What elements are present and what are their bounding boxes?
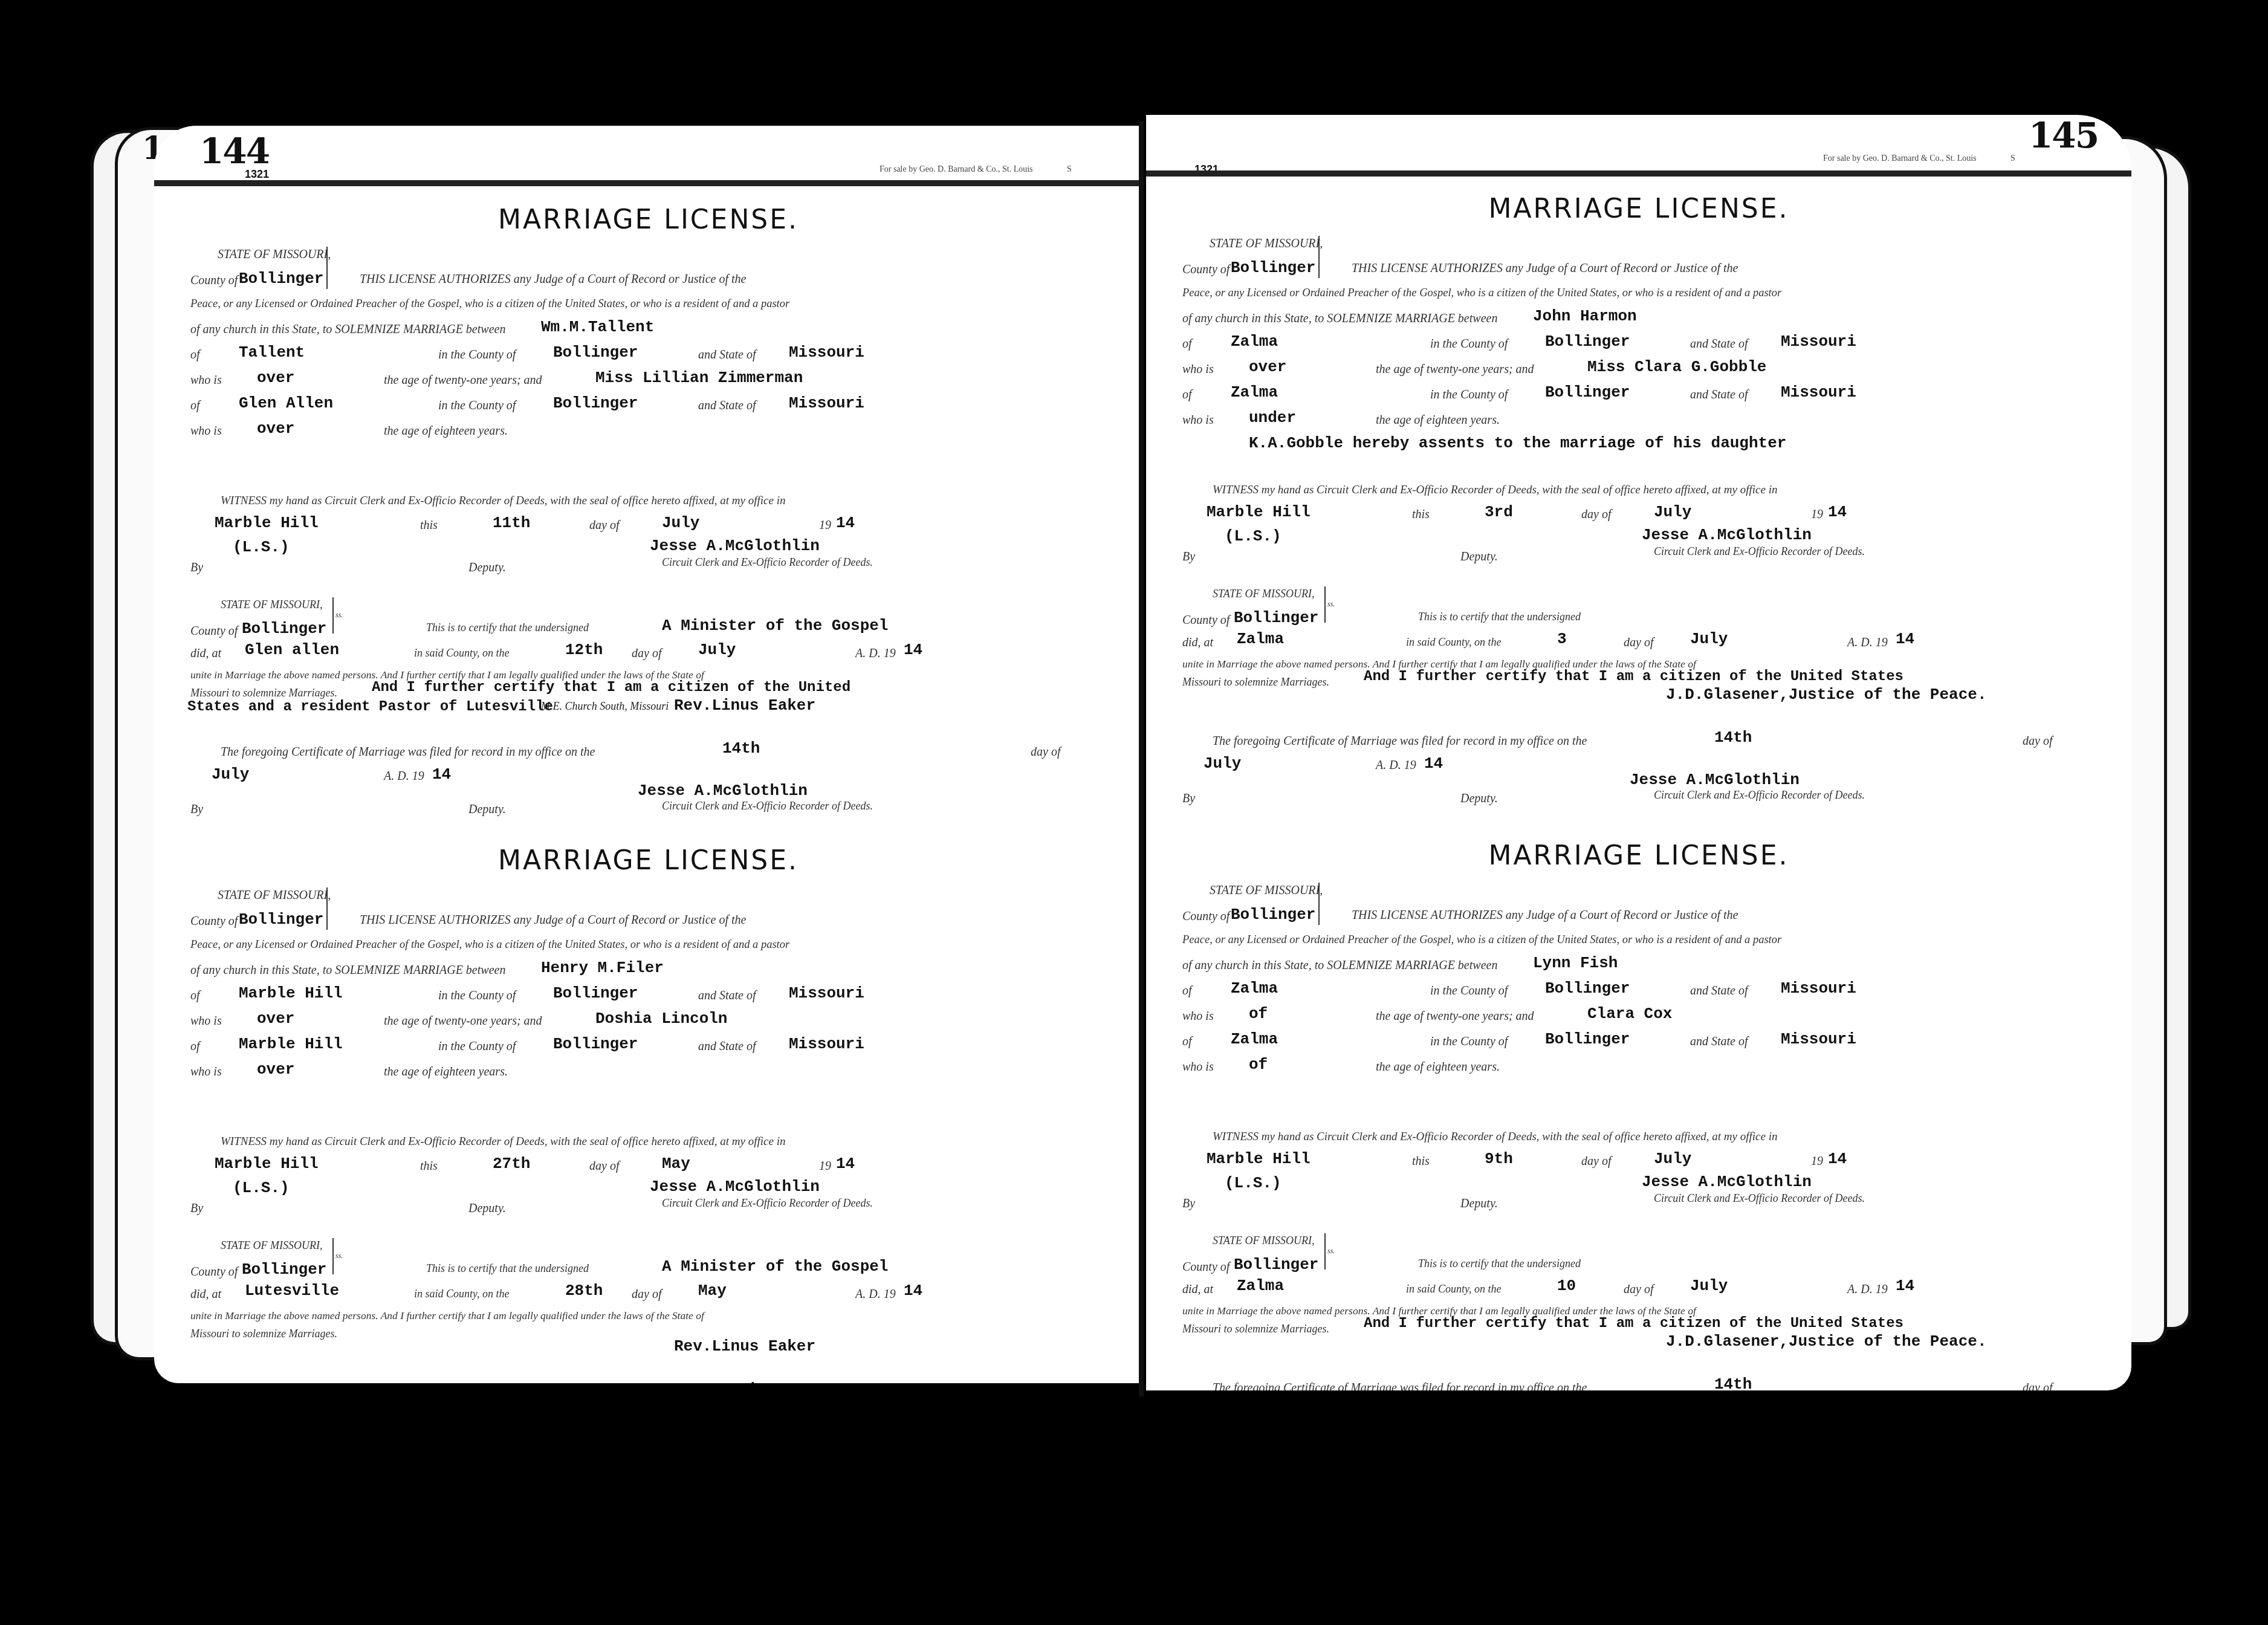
did-at-label: did, at: [1182, 636, 1213, 650]
day-of-label: day of: [2023, 1381, 2052, 1390]
issue-year: 14: [1828, 503, 1847, 521]
day-of-label: day of: [2023, 735, 2052, 748]
county-label: County of: [190, 274, 238, 288]
year-prefix: 19: [819, 519, 831, 533]
bride-name: Miss Clara G.Gobble: [1587, 358, 1766, 376]
and-state-label: and State of: [698, 1040, 756, 1054]
cert-year: 14: [904, 1282, 922, 1300]
groom-county: Bollinger: [1545, 979, 1630, 997]
day-of-label: day of: [632, 647, 661, 661]
groom-name: Lynn Fish: [1533, 954, 1618, 972]
book-spine: [1139, 121, 1144, 1396]
of-label: of: [190, 399, 200, 413]
clerk-signature: Jesse A.McGlothlin: [650, 537, 820, 555]
groom-county: Bollinger: [553, 984, 638, 1002]
brace: [326, 247, 328, 289]
clerk-signature: Jesse A.McGlothlin: [1642, 1173, 1812, 1191]
bride-state: Missouri: [789, 394, 864, 412]
officiant-signature: Rev.Linus Eaker: [674, 696, 815, 715]
cert-month: May: [698, 1282, 727, 1300]
issue-day: 27th: [493, 1155, 530, 1173]
did-at-label: did, at: [190, 647, 221, 661]
deputy-label: Deputy.: [468, 561, 506, 575]
witness-label: WITNESS my hand as Circuit Clerk and Ex-…: [221, 495, 786, 508]
filed-month: July: [212, 765, 249, 783]
and-state-label: and State of: [1690, 388, 1748, 402]
cert-county: Bollinger: [242, 620, 326, 638]
foregoing-label: The foregoing Certificate of Marriage wa…: [1213, 1381, 1587, 1390]
issue-month: July: [662, 514, 699, 532]
license-title: MARRIAGE LICENSE.: [154, 204, 1142, 235]
county-label: County of: [1182, 910, 1230, 924]
county-value: Bollinger: [1231, 906, 1315, 924]
state-label: STATE OF MISSOURI,: [218, 248, 331, 262]
cert-county: Bollinger: [1234, 609, 1318, 627]
who-is-label: who is: [190, 374, 222, 388]
in-county-label: in the County of: [1430, 388, 1508, 402]
issue-place: Marble Hill: [1207, 503, 1311, 521]
in-said-county-label: in said County, on the: [414, 1288, 510, 1300]
bride-age: under: [1249, 409, 1296, 427]
bride-name: Clara Cox: [1587, 1005, 1672, 1023]
groom-town: Tallent: [239, 343, 305, 362]
cert-place: Glen allen: [245, 641, 339, 659]
citizen-statement: And I further certify that I am a citize…: [1364, 1315, 1903, 1332]
officiant-signature: J.D.Glasener,Justice of the Peace.: [1666, 1332, 1987, 1351]
issue-month: May: [662, 1155, 690, 1173]
clerk-signature: Jesse A.McGlothlin: [650, 1178, 820, 1196]
filed-day: 14th: [1714, 728, 1752, 747]
bride-town: Glen Allen: [239, 394, 333, 412]
age-21-label: the age of twenty-one years; and: [384, 1014, 542, 1028]
authorizes-line-2: Peace, or any Licensed or Ordained Preac…: [1182, 287, 1781, 300]
bride-county: Bollinger: [553, 1035, 638, 1053]
citizen-statement-2: States and a resident Pastor of Lutesvil…: [187, 699, 553, 715]
issue-year: 14: [836, 514, 855, 532]
issue-place: Marble Hill: [215, 514, 319, 532]
filed-month: July: [1204, 754, 1241, 773]
authorizes-line-1: THIS LICENSE AUTHORIZES any Judge of a C…: [360, 273, 746, 287]
clerk-title: Circuit Clerk and Ex-Officio Recorder of…: [1654, 1192, 1865, 1205]
cert-place: Zalma: [1237, 630, 1284, 648]
county-value: Bollinger: [239, 270, 323, 288]
who-is-label: who is: [190, 424, 222, 438]
state-label: STATE OF MISSOURI,: [1210, 884, 1323, 898]
filed-year: 14: [1424, 754, 1443, 773]
foregoing-label: The foregoing Certificate of Marriage wa…: [221, 745, 595, 759]
cert-month: July: [1690, 1277, 1728, 1295]
state-label: STATE OF MISSOURI,: [221, 598, 322, 611]
ad-short-label: A. D. 19: [384, 770, 424, 783]
clerk-title: Circuit Clerk and Ex-Officio Recorder of…: [662, 800, 873, 812]
who-is-label: who is: [1182, 363, 1214, 377]
authorizes-line-1: THIS LICENSE AUTHORIZES any Judge of a C…: [1352, 262, 1738, 276]
seal: (L.S.): [1225, 527, 1281, 545]
groom-age: over: [257, 369, 294, 387]
ad-label: A. D. 19: [1847, 1283, 1888, 1297]
unite-label: unite in Marriage the above named person…: [190, 1309, 704, 1322]
left-page: 144 1321 For sale by Geo. D. Barnard & C…: [154, 126, 1142, 1383]
issue-month: July: [1654, 503, 1691, 521]
cert-county: Bollinger: [242, 1260, 326, 1279]
of-label: of: [1182, 388, 1192, 402]
cert-year: 14: [1896, 630, 1914, 648]
witness-label: WITNESS my hand as Circuit Clerk and Ex-…: [1213, 484, 1778, 497]
officiant-signature: J.D.Glasener,Justice of the Peace.: [1666, 686, 1987, 704]
in-county-label: in the County of: [1430, 337, 1508, 351]
year-prefix: 19: [1811, 508, 1823, 522]
groom-county: Bollinger: [1545, 332, 1630, 351]
county-label: County of: [190, 1265, 238, 1279]
license-2: MARRIAGE LICENSE. STATE OF MISSOURI, Cou…: [154, 845, 1142, 1383]
who-is-label: who is: [1182, 1010, 1214, 1023]
groom-age: of: [1249, 1005, 1268, 1023]
cert-month: July: [1690, 630, 1728, 648]
did-at-label: did, at: [190, 1288, 221, 1302]
bride-name: Doshia Lincoln: [595, 1010, 727, 1028]
filed-day: 14th: [722, 739, 760, 757]
age-18-label: the age of eighteen years.: [384, 1065, 508, 1079]
issue-day: 11th: [493, 514, 530, 532]
bride-town: Marble Hill: [239, 1035, 343, 1053]
age-21-label: the age of twenty-one years; and: [1376, 1010, 1534, 1023]
right-page: 145 1321 For sale by Geo. D. Barnard & C…: [1146, 115, 2131, 1390]
this-label: this: [420, 519, 438, 533]
day-of-label: day of: [1581, 1155, 1611, 1169]
county-label: County of: [190, 915, 238, 929]
certify-label: This is to certify that the undersigned: [1418, 611, 1581, 623]
license-1: MARRIAGE LICENSE. STATE OF MISSOURI, Cou…: [154, 204, 1142, 863]
authorizes-line-3: of any church in this State, to SOLEMNIZ…: [1182, 312, 1497, 326]
of-label: of: [190, 348, 200, 362]
filed-day: 14th: [1714, 1375, 1752, 1390]
deputy-label: Deputy.: [1460, 550, 1498, 564]
brace: [1318, 236, 1320, 278]
and-state-label: and State of: [1690, 1035, 1748, 1049]
groom-town: Zalma: [1231, 332, 1278, 351]
groom-name: Henry M.Filer: [541, 959, 664, 977]
groom-name: Wm.M.Tallent: [541, 318, 654, 336]
county-label: County of: [1182, 263, 1230, 277]
bride-state: Missouri: [1781, 1030, 1856, 1048]
bride-age: of: [1249, 1056, 1268, 1074]
witness-label: WITNESS my hand as Circuit Clerk and Ex-…: [221, 1135, 786, 1149]
in-said-county-label: in said County, on the: [414, 647, 510, 660]
year-prefix: 19: [819, 1160, 831, 1173]
groom-town: Marble Hill: [239, 984, 343, 1002]
bride-state: Missouri: [1781, 383, 1856, 401]
county-label: County of: [190, 624, 238, 638]
brace: [326, 887, 328, 930]
ad-label: A. D. 19: [855, 647, 896, 661]
header-rule: [1146, 170, 2131, 177]
authorizes-line-3: of any church in this State, to SOLEMNIZ…: [1182, 959, 1497, 973]
in-said-county-label: in said County, on the: [1406, 636, 1502, 649]
of-label: of: [1182, 984, 1192, 998]
day-of-label: day of: [589, 1160, 619, 1173]
page-number: 145: [2029, 115, 2098, 156]
clerk-title: Circuit Clerk and Ex-Officio Recorder of…: [1654, 789, 1865, 802]
officiant-title: A Minister of the Gospel: [662, 617, 888, 635]
by-label: By: [190, 803, 203, 817]
in-county-label: in the County of: [438, 399, 516, 413]
brace: [1324, 1233, 1326, 1270]
by-label: By: [190, 561, 203, 575]
age-18-label: the age of eighteen years.: [1376, 1060, 1500, 1074]
officiant-signature: Rev.Linus Eaker: [674, 1337, 815, 1355]
state-label: STATE OF MISSOURI,: [1213, 1234, 1314, 1247]
ad-label: A. D. 19: [855, 1288, 896, 1302]
bride-county: Bollinger: [1545, 383, 1630, 401]
brace: [332, 597, 334, 634]
cert-day: 3: [1557, 630, 1567, 648]
ss-label: ss.: [335, 611, 343, 620]
this-label: this: [1412, 1155, 1430, 1169]
deputy-label: Deputy.: [1460, 1197, 1498, 1211]
groom-age: over: [1249, 358, 1286, 376]
county-value: Bollinger: [1231, 259, 1315, 277]
and-state-label: and State of: [698, 989, 756, 1003]
register-number: 1321: [245, 168, 269, 181]
certify-label: This is to certify that the undersigned: [426, 621, 589, 634]
and-state-label: and State of: [698, 399, 756, 413]
in-county-label: in the County of: [438, 348, 516, 362]
day-of-label: day of: [632, 1288, 661, 1302]
this-label: this: [1412, 508, 1430, 522]
filed-day: 14th: [722, 1380, 760, 1383]
issue-place: Marble Hill: [215, 1155, 319, 1173]
authorizes-line-2: Peace, or any Licensed or Ordained Preac…: [190, 939, 789, 952]
cert-day: 12th: [565, 641, 603, 659]
authorizes-line-3: of any church in this State, to SOLEMNIZ…: [190, 323, 505, 337]
age-18-label: the age of eighteen years.: [384, 424, 508, 438]
filed-year: 14: [432, 765, 451, 783]
groom-state: Missouri: [789, 343, 864, 362]
license-3: MARRIAGE LICENSE. STATE OF MISSOURI, Cou…: [1146, 193, 2131, 858]
groom-state: Missouri: [1781, 332, 1856, 351]
clerk-title: Circuit Clerk and Ex-Officio Recorder of…: [1654, 545, 1865, 558]
ss-label: ss.: [335, 1251, 343, 1260]
filed-clerk-signature: Jesse A.McGlothlin: [1630, 771, 1800, 789]
authorizes-line-2: Peace, or any Licensed or Ordained Preac…: [1182, 934, 1781, 947]
publisher-mark: S: [1067, 165, 1072, 175]
and-state-label: and State of: [1690, 337, 1748, 351]
age-21-label: the age of twenty-one years; and: [384, 374, 542, 388]
cert-month: July: [698, 641, 736, 659]
license-title: MARRIAGE LICENSE.: [1146, 840, 2131, 871]
bride-county: Bollinger: [1545, 1030, 1630, 1048]
cert-place: Zalma: [1237, 1277, 1284, 1295]
clerk-title: Circuit Clerk and Ex-Officio Recorder of…: [662, 556, 873, 569]
cert-day: 10: [1557, 1277, 1576, 1295]
publisher-line: For sale by Geo. D. Barnard & Co., St. L…: [880, 165, 1033, 175]
brace: [332, 1238, 334, 1274]
issue-day: 3rd: [1485, 503, 1513, 521]
bride-state: Missouri: [789, 1035, 864, 1053]
bride-name: Miss Lillian Zimmerman: [595, 369, 803, 387]
authorizes-line-3: of any church in this State, to SOLEMNIZ…: [190, 964, 505, 978]
clerk-title: Circuit Clerk and Ex-Officio Recorder of…: [662, 1197, 873, 1210]
cert-county: Bollinger: [1234, 1256, 1318, 1274]
county-label: County of: [1182, 614, 1230, 628]
by-label: By: [1182, 550, 1195, 564]
in-county-label: in the County of: [1430, 984, 1508, 998]
by-label: By: [190, 1202, 203, 1216]
solemnize-label: Missouri to solemnize Marriages.: [190, 1328, 337, 1340]
by-label: By: [1182, 1197, 1195, 1211]
county-value: Bollinger: [239, 910, 323, 929]
groom-age: over: [257, 1010, 294, 1028]
age-18-label: the age of eighteen years.: [1376, 414, 1500, 427]
clerk-signature: Jesse A.McGlothlin: [1642, 526, 1812, 544]
license-title: MARRIAGE LICENSE.: [154, 845, 1142, 876]
cert-place: Lutesville: [245, 1282, 339, 1300]
of-label: of: [1182, 337, 1192, 351]
solemnize-label: Missouri to solemnize Marriages.: [1182, 676, 1329, 689]
who-is-label: who is: [1182, 1060, 1214, 1074]
brace: [1324, 586, 1326, 623]
deputy-label: Deputy.: [468, 1202, 506, 1216]
seal: (L.S.): [233, 538, 290, 556]
state-label: STATE OF MISSOURI,: [1213, 588, 1314, 600]
bride-county: Bollinger: [553, 394, 638, 412]
license-4: MARRIAGE LICENSE. STATE OF MISSOURI, Cou…: [1146, 840, 2131, 1384]
of-label: of: [190, 989, 200, 1003]
issue-place: Marble Hill: [1207, 1150, 1311, 1168]
and-state-label: and State of: [698, 348, 756, 362]
who-is-label: who is: [190, 1065, 222, 1079]
state-label: STATE OF MISSOURI,: [218, 889, 331, 903]
bride-town: Zalma: [1231, 1030, 1278, 1048]
issue-month: July: [1654, 1150, 1691, 1168]
authorizes-line-2: Peace, or any Licensed or Ordained Preac…: [190, 298, 789, 311]
day-of-label: day of: [589, 519, 619, 533]
groom-county: Bollinger: [553, 343, 638, 362]
seal: (L.S.): [233, 1179, 290, 1197]
witness-label: WITNESS my hand as Circuit Clerk and Ex-…: [1213, 1130, 1778, 1144]
issue-day: 9th: [1485, 1150, 1513, 1168]
county-label: County of: [1182, 1260, 1230, 1274]
groom-town: Zalma: [1231, 979, 1278, 997]
age-21-label: the age of twenty-one years; and: [1376, 363, 1534, 377]
and-state-label: and State of: [1690, 984, 1748, 998]
deputy-label: Deputy.: [468, 803, 506, 817]
authorizes-line-1: THIS LICENSE AUTHORIZES any Judge of a C…: [1352, 909, 1738, 923]
filed-clerk-signature: Jesse A.McGlothlin: [638, 782, 808, 800]
foregoing-label: The foregoing Certificate of Marriage wa…: [1213, 735, 1587, 748]
authorizes-line-1: THIS LICENSE AUTHORIZES any Judge of a C…: [360, 913, 746, 927]
ad-short-label: A. D. 19: [1376, 759, 1416, 773]
in-county-label: in the County of: [1430, 1035, 1508, 1049]
of-label: of: [1182, 1035, 1192, 1049]
cert-year: 14: [1896, 1277, 1914, 1295]
bride-age: over: [257, 1060, 294, 1078]
by-label: By: [1182, 792, 1195, 806]
citizen-statement: And I further certify that I am a citize…: [372, 680, 850, 696]
ad-label: A. D. 19: [1847, 636, 1888, 650]
in-county-label: in the County of: [438, 1040, 516, 1054]
officiant-title: A Minister of the Gospel: [662, 1257, 888, 1276]
certify-label: This is to certify that the undersigned: [426, 1262, 589, 1275]
issue-year: 14: [1828, 1150, 1847, 1168]
bride-age: over: [257, 420, 294, 438]
of-label: of: [190, 1040, 200, 1054]
bride-town: Zalma: [1231, 383, 1278, 401]
certify-label: This is to certify that the undersigned: [1418, 1257, 1581, 1270]
day-of-label: day of: [1624, 1283, 1653, 1297]
citizen-statement: And I further certify that I am a citize…: [1364, 669, 1903, 685]
who-is-label: who is: [190, 1014, 222, 1028]
year-prefix: 19: [1811, 1155, 1823, 1169]
did-at-label: did, at: [1182, 1283, 1213, 1297]
solemnize-label: Missouri to solemnize Marriages.: [1182, 1323, 1329, 1335]
cert-year: 14: [904, 641, 922, 659]
license-title: MARRIAGE LICENSE.: [1146, 193, 2131, 224]
seal: (L.S.): [1225, 1174, 1281, 1192]
publisher-line: For sale by Geo. D. Barnard & Co., St. L…: [1823, 154, 1977, 164]
header-rule: [154, 180, 1142, 186]
in-county-label: in the County of: [438, 989, 516, 1003]
cert-day: 28th: [565, 1282, 603, 1300]
groom-name: John Harmon: [1533, 307, 1637, 325]
in-said-county-label: in said County, on the: [1406, 1283, 1502, 1296]
groom-state: Missouri: [789, 984, 864, 1002]
state-label: STATE OF MISSOURI,: [1210, 237, 1323, 251]
publisher-mark: S: [2010, 154, 2015, 164]
state-label: STATE OF MISSOURI,: [221, 1239, 322, 1252]
handwritten-note: M.E. Church South, Missouri: [541, 700, 669, 713]
ss-label: ss.: [1327, 1247, 1335, 1256]
solemnize-label: Missouri to solemnize Marriages.: [190, 687, 337, 699]
issue-year: 14: [836, 1155, 855, 1173]
ss-label: ss.: [1327, 600, 1335, 609]
day-of-label: day of: [1624, 636, 1653, 650]
day-of-label: day of: [1581, 508, 1611, 522]
day-of-label: day of: [1031, 745, 1060, 759]
deputy-label: Deputy.: [1460, 792, 1498, 806]
this-label: this: [420, 1160, 438, 1173]
groom-state: Missouri: [1781, 979, 1856, 997]
consent-note: K.A.Gobble hereby assents to the marriag…: [1249, 434, 1786, 452]
who-is-label: who is: [1182, 414, 1214, 427]
page-number: 144: [199, 131, 269, 172]
brace: [1318, 883, 1320, 925]
